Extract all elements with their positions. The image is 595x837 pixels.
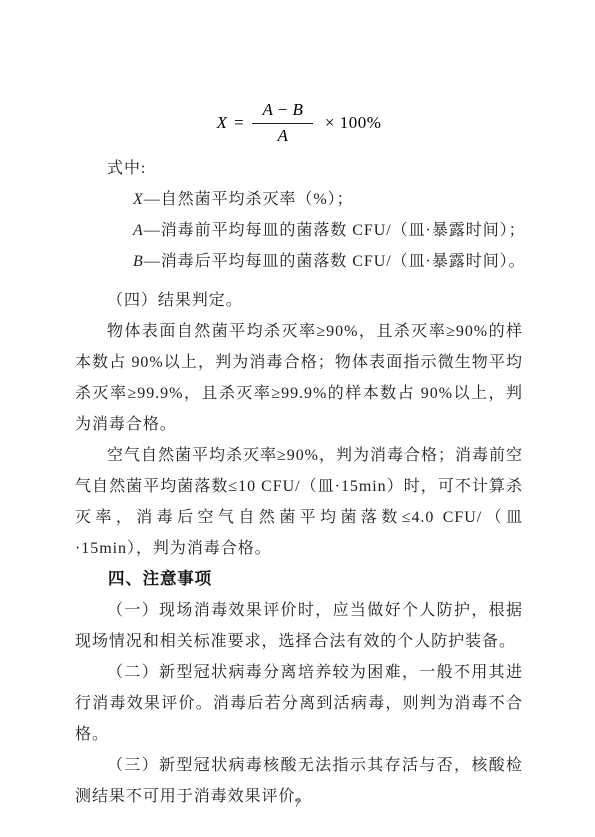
definition-row-x: X—自然菌平均杀灭率（%）； [75,184,523,215]
definition-text: —自然菌平均杀灭率（%）； [144,191,354,208]
fraction-numerator: A − B [252,100,312,123]
definition-row-a: A—消毒前平均每皿的菌落数 CFU/（皿·暴露时间）； [75,215,523,246]
note-item-1: （一）现场消毒效果评价时，应当做好个人防护，根据现场情况和相关标准要求，选择合法… [75,595,523,657]
definition-row-b: B—消毒后平均每皿的菌落数 CFU/（皿·暴露时间）。 [75,246,523,277]
symbol-definition-list: X—自然菌平均杀灭率（%）； A—消毒前平均每皿的菌落数 CFU/（皿·暴露时间… [75,184,523,277]
definition-symbol: A [133,222,144,239]
note-item-2: （二）新型冠状病毒分离培养较为困难，一般不用其进行消毒效果评价。消毒后若分离到活… [75,657,523,750]
where-label: 式中: [75,153,523,184]
formula-multiplier: × 100% [325,113,382,133]
page-number: 7 [0,796,595,811]
fraction-denominator: A [277,124,287,146]
definition-symbol: B [133,253,144,270]
notes-section-heading: 四、注意事项 [75,564,523,595]
air-disinfection-paragraph: 空气自然菌平均杀灭率≥90%，判为消毒合格；消毒前空气自然菌平均菌落数≤10 C… [75,440,523,564]
document-page: X = A − B A × 100% 式中: X—自然菌平均杀灭率（%）； A—… [0,0,595,837]
formula-fraction: A − B A [252,100,312,146]
surface-disinfection-paragraph: 物体表面自然菌平均杀灭率≥90%，且杀灭率≥90%的样本数占 90%以上，判为消… [75,316,523,440]
document-content: X = A − B A × 100% 式中: X—自然菌平均杀灭率（%）； A—… [75,97,523,812]
formula-lhs: X [217,113,227,133]
definition-text: —消毒后平均每皿的菌落数 CFU/（皿·暴露时间）。 [144,253,526,270]
definition-symbol: X [133,191,144,208]
result-judgement-heading: （四）结果判定。 [75,285,523,316]
kill-rate-formula: X = A − B A × 100% [75,97,523,149]
definition-text: —消毒前平均每皿的菌落数 CFU/（皿·暴露时间）； [144,222,526,239]
formula-equals-sign: = [233,113,244,133]
